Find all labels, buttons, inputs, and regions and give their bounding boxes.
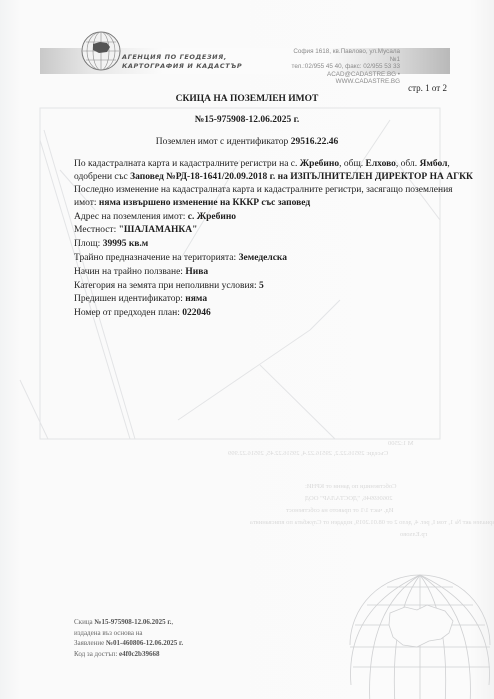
footer-application-number: №01-460806-12.06.2025 г. [106, 639, 183, 647]
agency-contacts: София 1618, кв.Павлово, ул.Мусала №1 тел… [282, 48, 400, 86]
bleed-owner-share: Ид. част 1/1 от правото на собственост [286, 507, 393, 514]
footer-access-code: e4f0c2b39668 [119, 650, 159, 658]
address-row: Адрес на поземления имот: с. Жребино [74, 211, 474, 224]
property-identifier-line: Поземлен имот с идентификатор 29516.22.4… [0, 137, 494, 147]
area-row: Площ: 39995 кв.м [74, 238, 474, 251]
locality-value: "ШАЛАМАНКА" [119, 225, 198, 235]
address-label: Адрес на поземления имот: [74, 212, 188, 222]
footer-access-label: Код за достъп: [74, 650, 119, 658]
contact-web: ACAD@CADASTRE.BG • WWW.CADASTRE.BG [282, 71, 400, 86]
bleed-scale: М 1:2500 [388, 440, 413, 447]
address-value: с. Жребино [188, 212, 236, 222]
page-number: стр. 1 от 2 [408, 83, 447, 93]
region-suffix: , [447, 159, 449, 169]
document-title: СКИЦА НА ПОЗЕМЛЕН ИМОТ [0, 94, 494, 104]
bleed-neighbors: Съседи: 29516.22.2, 29516.22.4, 29516.22… [228, 450, 388, 457]
bleed-owner-city: гр.Елхово [400, 531, 427, 538]
agency-name: Агенция по геодезия, картография и кадас… [122, 53, 242, 71]
previous-plan-value: 022046 [182, 308, 211, 318]
document-page: М 1:2500 Съседи: 29516.22.2, 29516.22.4,… [0, 0, 494, 699]
usage-label: Начин на трайно ползване: [74, 267, 185, 277]
municipality: Елхово [366, 159, 396, 169]
agency-name-line1: Агенция по геодезия, [122, 53, 242, 62]
footer-access-line: Код за достъп: e4f0c2b39668 [74, 649, 183, 660]
bleed-owner: 206069946, "ДОСТАЛАР" ООД [305, 495, 393, 502]
village: Жребино [300, 159, 339, 169]
previous-id-value: няма [185, 294, 207, 304]
agency-name-line2: картография и кадастър [122, 62, 242, 71]
footer-issuance-info: Скица №15-975908-12.06.2025 г., издадена… [74, 617, 183, 659]
previous-id-label: Предишен идентификатор: [74, 294, 185, 304]
footer-application-line: Заявление №01-460806-12.06.2025 г. [74, 638, 183, 649]
category-label: Категория на земята при неполивни услови… [74, 281, 259, 291]
bleed-owners-title: Собственици по данни от КРНИ: [305, 483, 396, 490]
footer-sketch-label: Скица [74, 618, 94, 626]
property-details: По кадастралната карта и кадастралните р… [74, 158, 474, 320]
category-value: 5 [259, 281, 264, 291]
footer-sketch-number: №15-975908-12.06.2025 г. [94, 618, 171, 626]
last-change-value: няма извършено изменение на КККР със зап… [99, 198, 310, 208]
purpose-row: Трайно предназначение на територията: Зе… [74, 252, 474, 265]
globe-watermark-icon [345, 555, 494, 699]
agency-logo-icon [80, 30, 122, 72]
cadastre-prefix: По кадастралната карта и кадастралните р… [74, 159, 300, 169]
approved-prefix: одобрени със [74, 172, 130, 182]
footer-issued-line: издадена въз основа на [74, 628, 183, 639]
purpose-label: Трайно предназначение на територията: [74, 253, 239, 263]
region: Ямбол [420, 159, 448, 169]
approval-order: Заповед №РД-18-1641/20.09.2018 г. на ИЗП… [130, 172, 473, 182]
previous-plan-label: Номер от предходен план: [74, 308, 182, 318]
property-identifier: 29516.22.46 [291, 137, 339, 147]
footer-sketch-suffix: , [172, 618, 174, 626]
contact-address: София 1618, кв.Павлово, ул.Мусала №1 [282, 48, 400, 63]
usage-value: Нива [185, 267, 208, 277]
cadastre-info: По кадастралната карта и кадастралните р… [74, 158, 474, 183]
area-value: 39995 кв.м [103, 239, 149, 249]
municipality-prefix: , общ. [339, 159, 365, 169]
locality-row: Местност: "ШАЛАМАНКА" [74, 224, 474, 237]
footer-sketch-line: Скица №15-975908-12.06.2025 г., [74, 617, 183, 628]
area-label: Площ: [74, 239, 103, 249]
previous-id-row: Предишен идентификатор: няма [74, 293, 474, 306]
contact-phone: тел.:02/955 45 40, факс: 02/955 53 33 [282, 63, 400, 71]
last-change-info: Последно изменение на кадастралната карт… [74, 184, 474, 209]
document-number: №15-975908-12.06.2025 г. [0, 115, 494, 125]
region-prefix: , обл. [396, 159, 420, 169]
purpose-value: Земеделска [239, 253, 287, 263]
usage-row: Начин на трайно ползване: Нива [74, 266, 474, 279]
locality-label: Местност: [74, 225, 119, 235]
previous-plan-row: Номер от предходен план: 022046 [74, 307, 474, 320]
bleed-owner-deed: Нотариален акт № 1, том I, рег. 4, дело … [250, 519, 494, 526]
footer-application-label: Заявление [74, 639, 106, 647]
identifier-label: Поземлен имот с идентификатор [156, 137, 291, 147]
category-row: Категория на земята при неполивни услови… [74, 280, 474, 293]
